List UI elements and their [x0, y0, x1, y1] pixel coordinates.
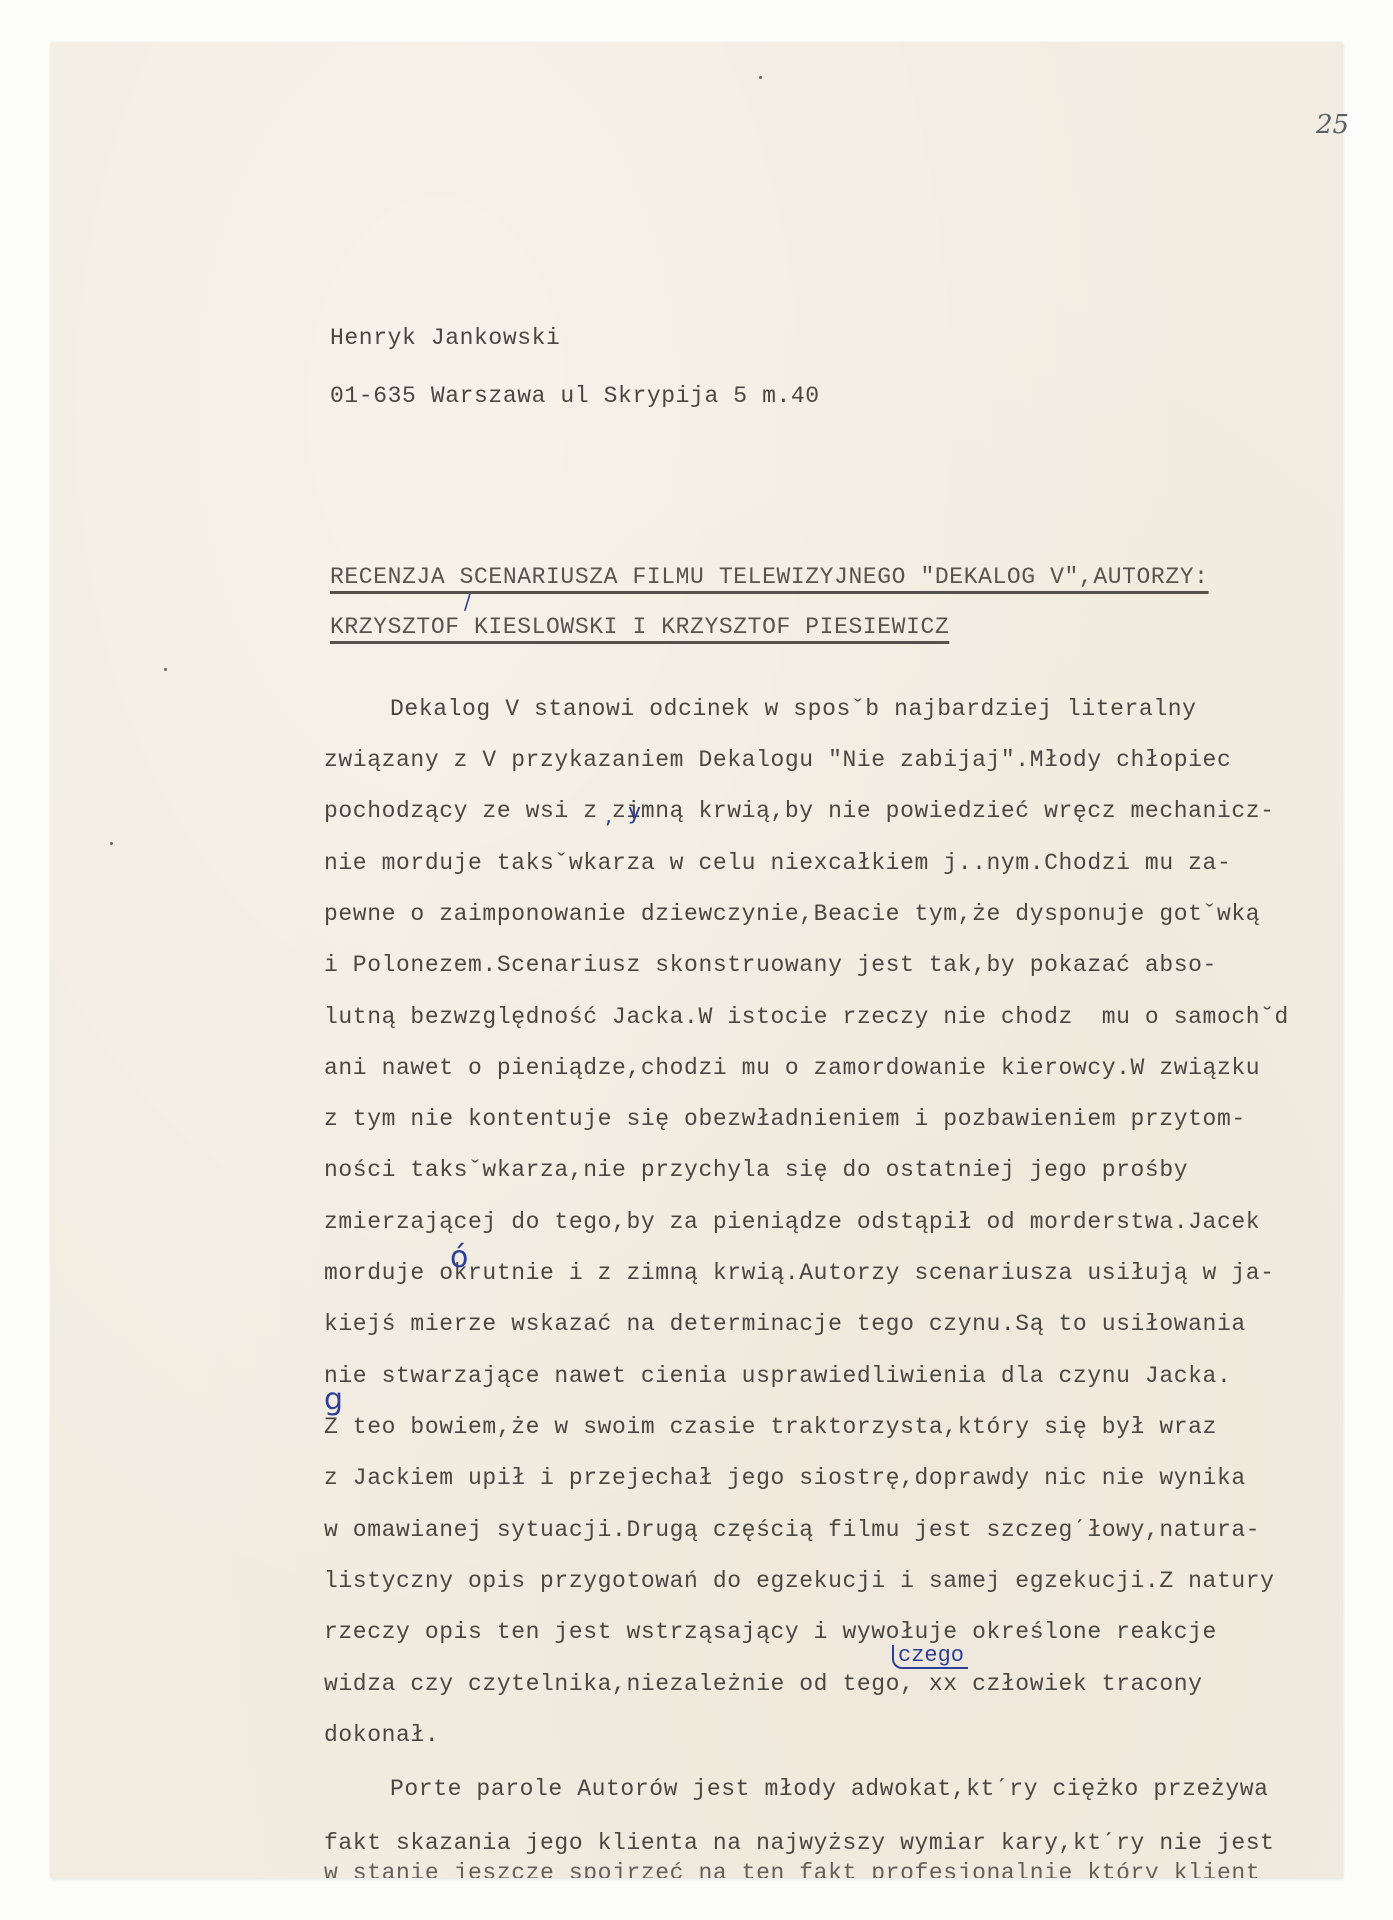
body-line-cut-off: w stanie jeszcze spojrzeć na ten fakt pr…	[324, 1860, 1260, 1886]
paper-speck	[759, 76, 762, 79]
body-line: dokonał.	[324, 1722, 439, 1748]
body-line: widza czy czytelnika,niezależnie od tego…	[324, 1671, 1203, 1697]
review-title-line-2: KRZYSZTOF KIESLOWSKI I KRZYSZTOF PIESIEW…	[330, 614, 949, 640]
review-title-line-1: RECENZJA SCENARIUSZA FILMU TELEWIZYJNEGO…	[330, 564, 1209, 590]
body-line: i Polonezem.Scenariusz skonstruowany jes…	[324, 952, 1217, 978]
paper-speck	[110, 842, 113, 845]
czego-insertion: czego	[892, 1645, 968, 1669]
body-line: z Jackiem upił i przejechał jego siostrę…	[324, 1465, 1246, 1491]
sender-address: 01-635 Warszawa ul Skrypija 5 m.40	[330, 383, 820, 409]
body-line: rzeczy opis ten jest wstrząsający i wywo…	[324, 1619, 1217, 1645]
y-correction-mark: y	[628, 800, 641, 825]
body-line: Dekalog V stanowi odcinek w sposˇb najba…	[390, 696, 1197, 722]
body-line: lutną bezwzględność Jacka.W istocie rzec…	[324, 1004, 1289, 1030]
o-correction-mark: ó	[450, 1240, 468, 1275]
typewritten-page: 25 Henryk Jankowski 01-635 Warszawa ul S…	[50, 42, 1342, 1878]
g-correction-mark: g	[324, 1382, 343, 1417]
body-line: zmierzającej do tego,by za pieniądze ods…	[324, 1209, 1260, 1235]
comma-insertion-mark: ,	[605, 804, 612, 829]
body-line: kiejś mierze wskazać na determinacje teg…	[324, 1311, 1246, 1337]
body-line: Porte parole Autorów jest młody adwokat,…	[390, 1776, 1269, 1802]
body-line: ani nawet o pieniądze,chodzi mu o zamord…	[324, 1055, 1260, 1081]
body-line: ności taksˇwkarza,nie przychyla się do o…	[324, 1157, 1188, 1183]
body-line: fakt skazania jego klienta na najwyższy …	[324, 1830, 1275, 1856]
body-line: pewne o zaimponowanie dziewczynie,Beacie…	[324, 901, 1260, 927]
body-line: nie stwarzające nawet cienia usprawiedli…	[324, 1363, 1231, 1389]
page-number: 25	[1316, 110, 1349, 140]
scanned-document: 25 Henryk Jankowski 01-635 Warszawa ul S…	[0, 0, 1393, 1920]
body-line: pochodzący ze wsi z zimną krwią,by nie p…	[324, 798, 1275, 824]
body-line: w omawianej sytuacji.Drugą częścią filmu…	[324, 1517, 1260, 1543]
body-line: Z teo bowiem,że w swoim czasie traktorzy…	[324, 1414, 1217, 1440]
accent-correction-mark: /	[464, 590, 471, 614]
body-line: z tym nie kontentuje się obezwładnieniem…	[324, 1106, 1246, 1132]
paper-speck	[164, 668, 167, 671]
body-line: nie morduje taksˇwkarza w celu niexcałki…	[324, 850, 1231, 876]
body-line: listyczny opis przygotowań do egzekucji …	[324, 1568, 1275, 1594]
body-line: związany z V przykazaniem Dekalogu "Nie …	[324, 747, 1231, 773]
sender-name: Henryk Jankowski	[330, 325, 560, 351]
